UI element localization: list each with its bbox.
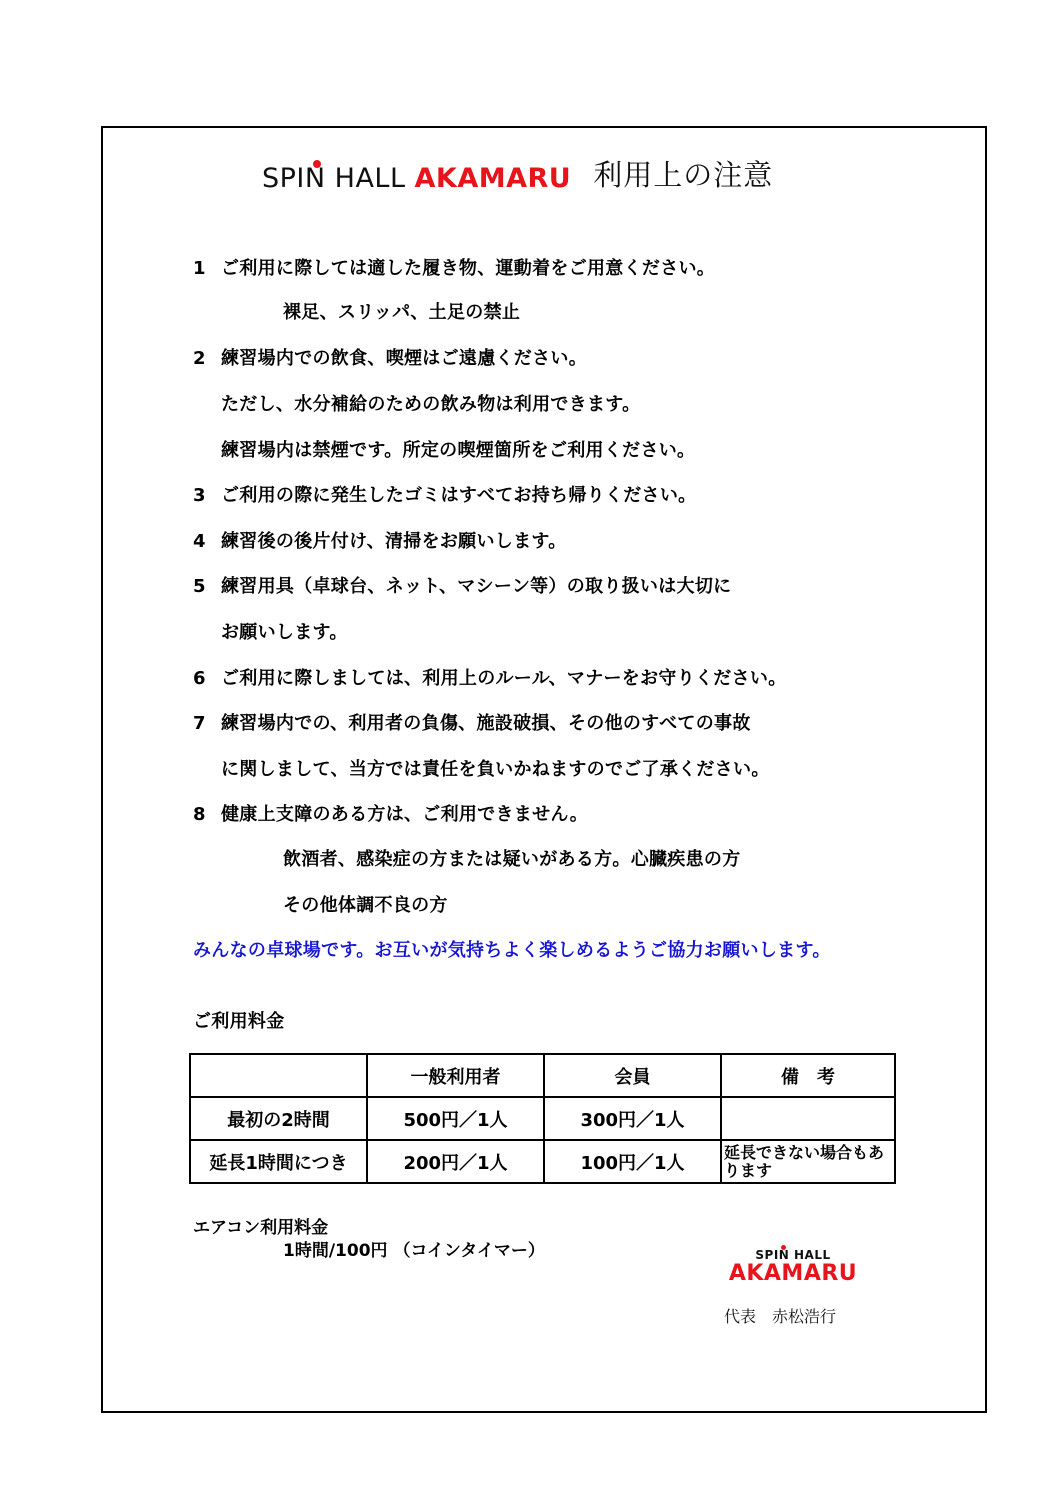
logo-big-text: AKAMARU bbox=[718, 1262, 868, 1286]
table-header-cell: 一般利用者 bbox=[367, 1054, 544, 1097]
rule-2-detail-1: ただし、水分補給のための飲み物は利用できます。 bbox=[221, 394, 640, 416]
rule-4: 4練習後の後片付け、清掃をお願いします。 bbox=[193, 531, 567, 553]
rule-2: 2練習場内での飲食、喫煙はご遠慮ください。 bbox=[193, 348, 587, 370]
page-title: SPIN HALL AKAMARU 利用上の注意 bbox=[262, 150, 773, 194]
table-cell-note: 延長できない場合もあります bbox=[721, 1140, 895, 1183]
aircon-fee-value: 1時間/100円 （コインタイマー） bbox=[283, 1236, 545, 1261]
table-cell: 500円／1人 bbox=[367, 1097, 544, 1140]
rule-1: 1ご利用に際しては適した履き物、運動着をご用意ください。 bbox=[193, 258, 715, 280]
rule-2-detail-2: 練習場内は禁煙です。所定の喫煙箇所をご利用ください。 bbox=[221, 440, 695, 462]
table-cell: 延長1時間につき bbox=[190, 1140, 367, 1183]
rule-8-detail-1: 飲酒者、感染症の方または疑いがある方。心臓疾患の方 bbox=[283, 849, 741, 871]
table-header-cell: 会員 bbox=[544, 1054, 721, 1097]
table-header-cell: 備 考 bbox=[721, 1054, 895, 1097]
rule-3: 3ご利用の際に発生したゴミはすべてお持ち帰りください。 bbox=[193, 485, 696, 507]
rule-7-continued: に関しまして、当方では責任を負いかねますのでご了承ください。 bbox=[221, 759, 770, 781]
table-row: 延長1時間につき 200円／1人 100円／1人 延長できない場合もあります bbox=[190, 1140, 895, 1183]
fees-heading: ご利用料金 bbox=[193, 1011, 285, 1033]
rule-6: 6ご利用に際しましては、利用上のルール、マナーをお守りください。 bbox=[193, 668, 787, 690]
footer-logo: SPIN HALL AKAMARU bbox=[718, 1248, 868, 1286]
rule-8: 8健康上支障のある方は、ご利用できません。 bbox=[193, 804, 588, 826]
rule-1-detail: 裸足、スリッパ、土足の禁止 bbox=[283, 302, 520, 324]
rule-7: 7練習場内での、利用者の負傷、施設破損、その他のすべての事故 bbox=[193, 713, 751, 735]
logo-small-text: SPIN HALL bbox=[718, 1248, 868, 1262]
closing-message: みんなの卓球場です。お互いが気持ちよく楽しめるようご協力お願いします。 bbox=[193, 940, 831, 962]
aircon-fee-label: エアコン利用料金 bbox=[193, 1213, 328, 1238]
table-cell bbox=[721, 1097, 895, 1140]
logo-dot-icon bbox=[781, 1245, 786, 1250]
table-header-row: 一般利用者 会員 備 考 bbox=[190, 1054, 895, 1097]
title-heading: 利用上の注意 bbox=[593, 153, 773, 194]
logo-dot-icon bbox=[313, 160, 321, 168]
table-row: 最初の2時間 500円／1人 300円／1人 bbox=[190, 1097, 895, 1140]
rule-8-detail-2: その他体調不良の方 bbox=[283, 895, 448, 917]
brand-name-red: AKAMARU bbox=[415, 163, 572, 194]
representative-name: 代表 赤松浩行 bbox=[724, 1304, 836, 1327]
rule-5: 5練習用具（卓球台、ネット、マシーン等）の取り扱いは大切に bbox=[193, 576, 731, 598]
brand-name-black: SPIN HALL bbox=[262, 163, 406, 194]
table-cell: 100円／1人 bbox=[544, 1140, 721, 1183]
table-cell: 200円／1人 bbox=[367, 1140, 544, 1183]
rule-5-continued: お願いします。 bbox=[221, 622, 348, 644]
table-cell: 300円／1人 bbox=[544, 1097, 721, 1140]
table-cell: 最初の2時間 bbox=[190, 1097, 367, 1140]
table-header-cell bbox=[190, 1054, 367, 1097]
fees-table: 一般利用者 会員 備 考 最初の2時間 500円／1人 300円／1人 延長1時… bbox=[189, 1053, 896, 1184]
